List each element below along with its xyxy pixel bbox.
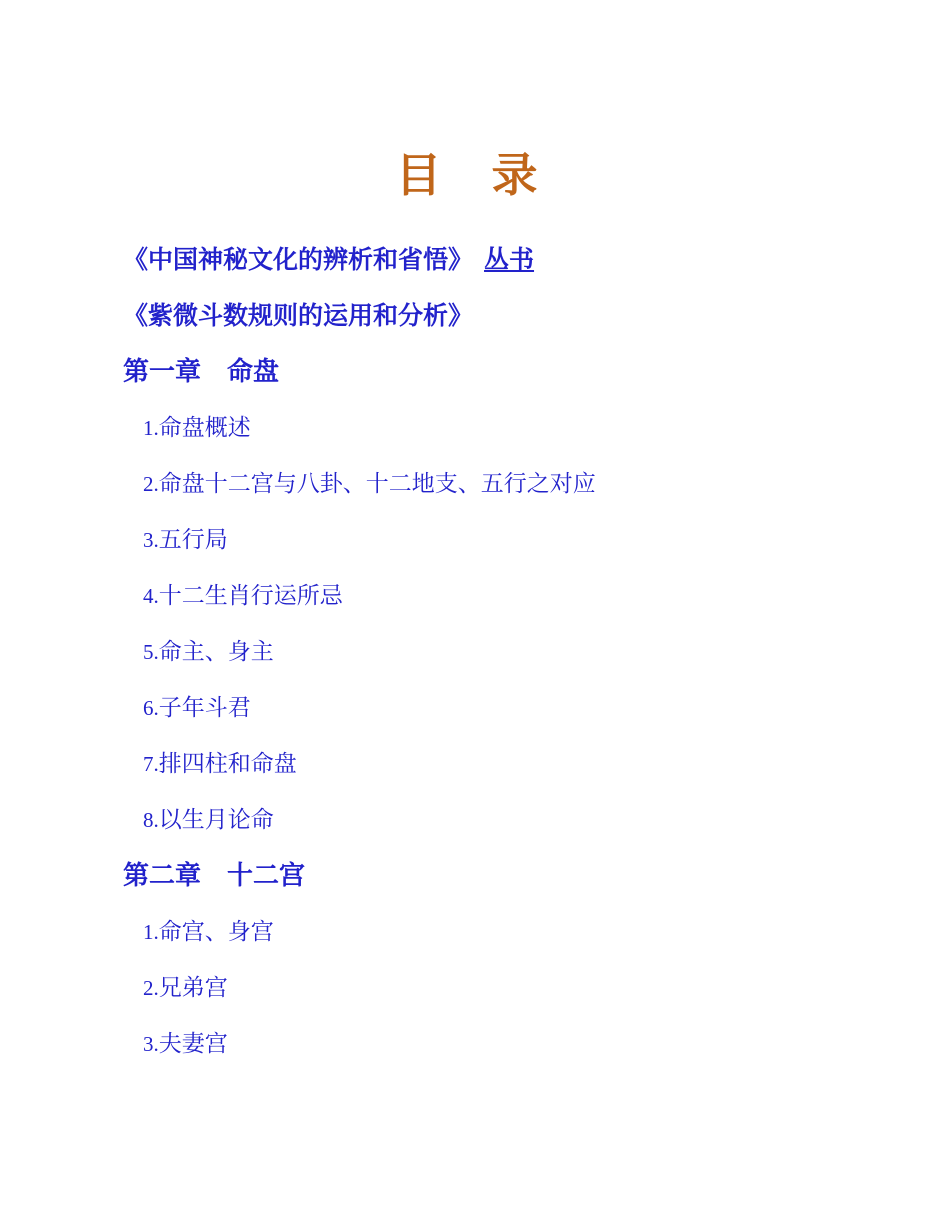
- toc-entry-series-text: 《中国神秘文化的辨析和省悟》: [123, 245, 473, 274]
- toc-entry-label: 命盘十二宫与八卦、十二地支、五行之对应: [159, 471, 596, 497]
- toc-entry-label: 命宫、身宫: [159, 919, 274, 945]
- toc-entry-number: 1.: [143, 920, 159, 944]
- toc-entry-series-suffix: 丛书: [484, 245, 534, 274]
- toc-entry-1-6[interactable]: 6.子年斗君: [143, 694, 935, 722]
- toc-entry-1-3[interactable]: 3.五行局: [143, 526, 935, 554]
- toc-entry-number: 3.: [143, 1032, 159, 1056]
- toc-entry-number: 3.: [143, 528, 159, 552]
- toc-list: 《中国神秘文化的辨析和省悟》丛书 《紫微斗数规则的运用和分析》 第一章 命盘 1…: [123, 246, 935, 1058]
- toc-entry-number: 1.: [143, 416, 159, 440]
- toc-entry-label: 命主、身主: [159, 639, 274, 665]
- toc-entry-book-title[interactable]: 《紫微斗数规则的运用和分析》: [123, 302, 935, 330]
- toc-entry-chapter-1[interactable]: 第一章 命盘: [123, 358, 935, 386]
- toc-entry-label: 五行局: [159, 527, 228, 553]
- toc-entry-number: 8.: [143, 808, 159, 832]
- toc-entry-1-8[interactable]: 8.以生月论命: [143, 806, 935, 834]
- toc-entry-number: 2.: [143, 472, 159, 496]
- toc-entry-label: 十二生肖行运所忌: [159, 583, 343, 609]
- toc-entry-label: 命盘概述: [159, 415, 251, 441]
- page-title: 目 录: [0, 0, 935, 204]
- toc-entry-label: 夫妻宫: [159, 1031, 228, 1057]
- toc-entry-1-2[interactable]: 2.命盘十二宫与八卦、十二地支、五行之对应: [143, 470, 935, 498]
- toc-entry-label: 子年斗君: [159, 695, 251, 721]
- toc-entry-number: 2.: [143, 976, 159, 1000]
- toc-entry-number: 7.: [143, 752, 159, 776]
- toc-entry-series-title[interactable]: 《中国神秘文化的辨析和省悟》丛书: [123, 246, 935, 274]
- toc-entry-2-2[interactable]: 2.兄弟宫: [143, 974, 935, 1002]
- toc-entry-number: 4.: [143, 584, 159, 608]
- toc-entry-1-5[interactable]: 5.命主、身主: [143, 638, 935, 666]
- document-page: 目 录 《中国神秘文化的辨析和省悟》丛书 《紫微斗数规则的运用和分析》 第一章 …: [0, 0, 935, 1210]
- toc-entry-1-7[interactable]: 7.排四柱和命盘: [143, 750, 935, 778]
- toc-entry-label: 以生月论命: [159, 807, 274, 833]
- toc-entry-2-1[interactable]: 1.命宫、身宫: [143, 918, 935, 946]
- toc-entry-2-3[interactable]: 3.夫妻宫: [143, 1030, 935, 1058]
- toc-entry-1-4[interactable]: 4.十二生肖行运所忌: [143, 582, 935, 610]
- toc-entry-1-1[interactable]: 1.命盘概述: [143, 414, 935, 442]
- toc-entry-number: 6.: [143, 696, 159, 720]
- toc-entry-label: 兄弟宫: [159, 975, 228, 1001]
- toc-entry-number: 5.: [143, 640, 159, 664]
- toc-entry-label: 排四柱和命盘: [159, 751, 297, 777]
- toc-entry-chapter-2[interactable]: 第二章 十二宫: [123, 862, 935, 890]
